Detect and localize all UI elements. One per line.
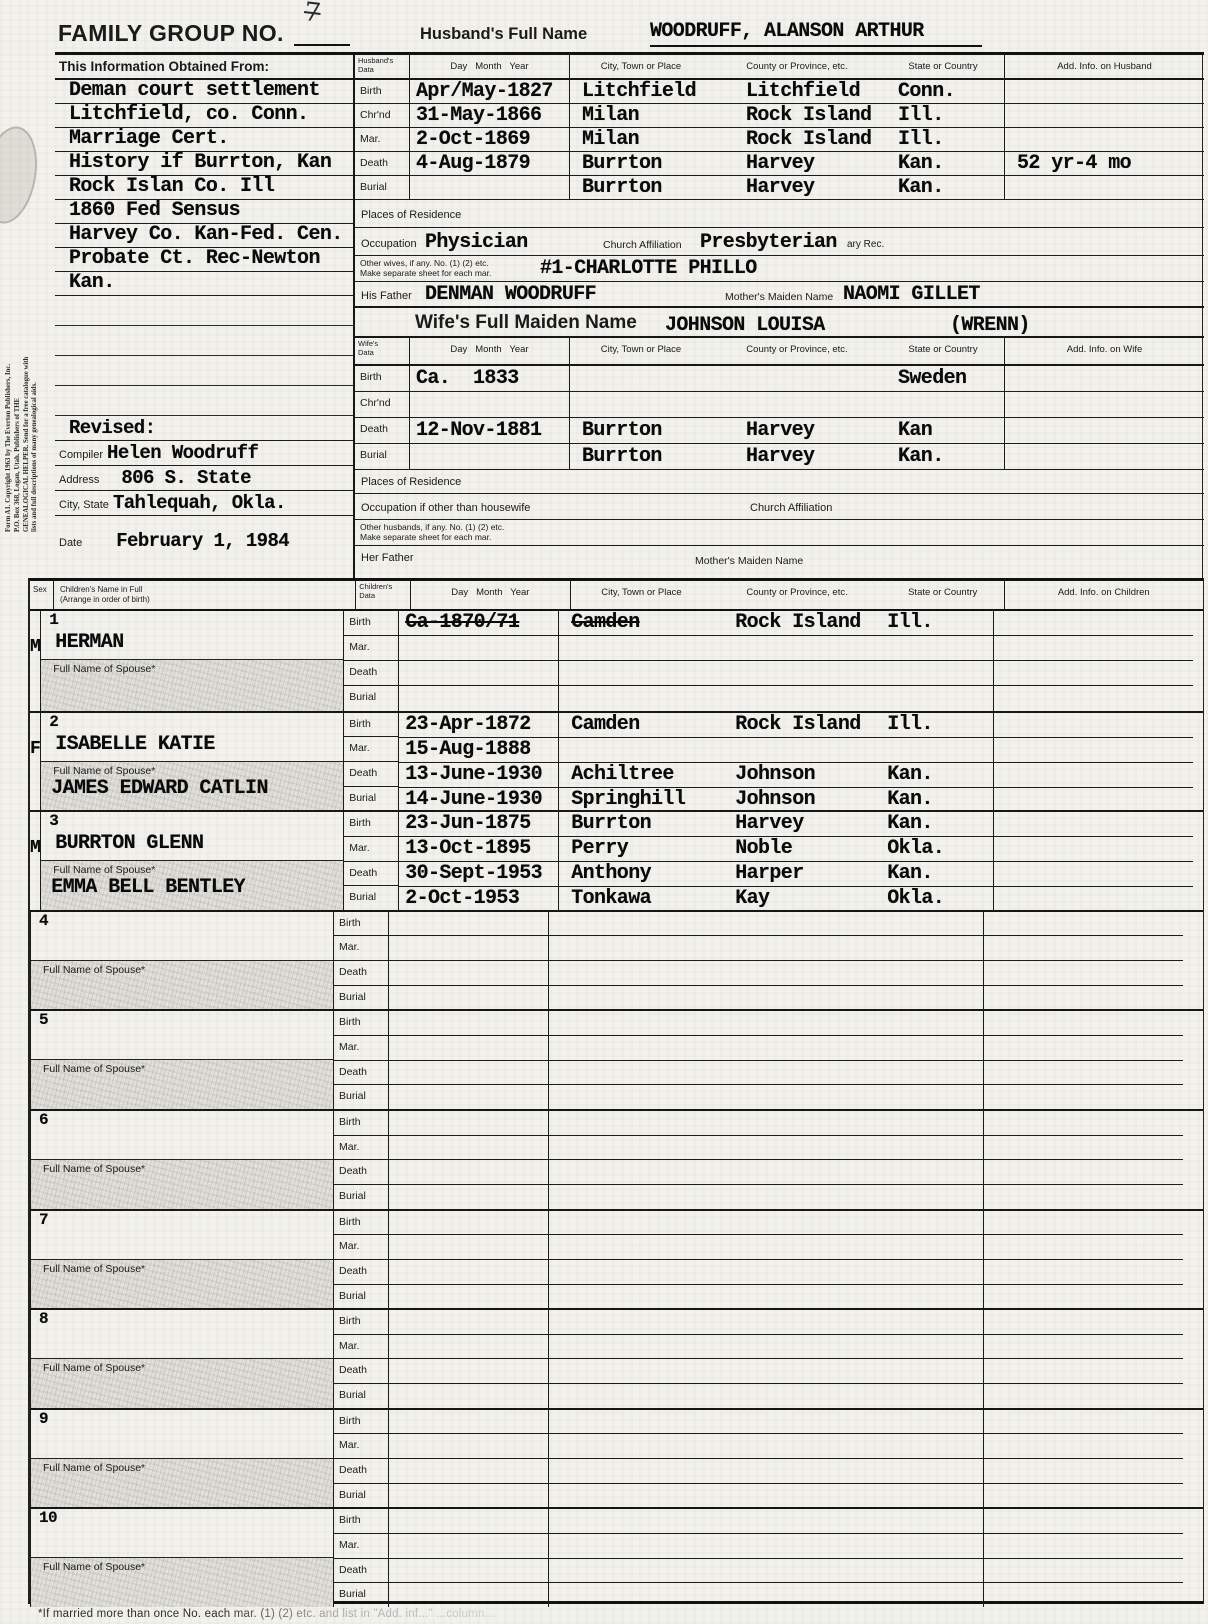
death-add-info [984,1061,1183,1085]
husband-burial-state: Kan. [882,176,1005,199]
burial-city [549,1285,691,1309]
birth-county [691,1310,861,1334]
burial-state [861,1185,984,1209]
husband-birth-row: Birth Apr/May-1827 Litchfield Litchfield… [355,80,1204,104]
child-name-cell: 6 Full Name of Spouse* [31,1111,334,1209]
county-column-header: County or Province, etc. [712,581,882,609]
marriage-date [389,1534,549,1558]
source-line: Deman court settlement [55,80,353,104]
death-county: Johnson [701,763,871,787]
child-burial-row [389,1285,1183,1309]
birth-state [861,1410,984,1434]
death-date [389,1459,549,1483]
death-city [549,1359,691,1383]
burial-state [861,1583,984,1607]
death-county [701,661,871,685]
spouse-label: Full Name of Spouse* [31,1160,333,1175]
marriage-add-info [994,636,1193,660]
wife-birth-state: Sweden [882,366,1005,391]
death-county [691,1260,861,1284]
birth-city [549,1011,691,1035]
child-data-labels: Birth Mar. Death Burial [334,1410,389,1508]
city-state-value: Tahlequah, Okla. [113,492,286,515]
child-record: 5 Full Name of Spouse* Birth Mar. Death … [30,1009,1203,1109]
marriage-date [389,1335,549,1359]
marriage-add-info [994,837,1193,861]
child-birth-row [389,1211,1183,1236]
city-column-header: City, Town or Place [570,55,712,78]
church-affiliation-label: Church Affiliation [603,239,682,251]
marriage-state [861,1136,984,1160]
row-label-death: Death [334,1061,388,1086]
burial-county: Johnson [701,788,871,812]
marriage-city [549,936,691,960]
death-state [861,1160,984,1184]
child-death-row [389,1359,1183,1384]
death-add-info [984,1160,1183,1184]
row-label-death: Death [334,1260,388,1285]
sex-column-header: Sex [30,581,54,609]
child-record: M 1 HERMAN Full Name of Spouse* Birth Ma… [30,611,1203,711]
child-number: 1 [49,611,58,629]
birth-add-info [984,1310,1183,1334]
burial-city: Springhill [559,788,701,812]
source-line: Litchfield, co. Conn. [55,104,353,128]
child-birth-row [389,1410,1183,1435]
child-birth-row [389,1310,1183,1335]
birth-city [549,1111,691,1135]
burial-city [549,1484,691,1508]
marriage-state [861,936,984,960]
row-label-marriage: Mar. [344,636,398,661]
death-date [389,1160,549,1184]
child-burial-row [399,686,1193,710]
child-data-labels: Birth Mar. Death Burial [344,713,399,811]
child-death-row [389,1559,1183,1584]
husband-full-name-label: Husband's Full Name [420,25,587,44]
marriage-add-info [984,1235,1183,1259]
child-spouse-cell: Full Name of Spouse* [31,1458,333,1508]
burial-county [701,686,871,710]
row-label-birth: Birth [334,912,388,937]
birth-county: Rock Island [701,611,871,635]
wife-burial-state: Kan. [882,444,1005,469]
wife-section: Wife's Full Maiden Name JOHNSON LOUISA (… [355,308,1204,578]
child-marriage-row [389,1534,1183,1559]
county-column-header: County or Province, etc. [712,338,882,364]
child-data-values: 23-Jun-1875 Burrton Harvey Kan. 13-Oct-1… [399,812,1193,910]
row-label-marriage: Mar. [334,1534,388,1559]
burial-state [871,686,994,710]
husband-data-column-label: Husband's Data [355,55,410,78]
child-number: 2 [49,713,58,731]
child-death-row [389,1459,1183,1484]
row-label-burial: Burial [344,686,398,710]
source-line: History if Burrton, Kan [55,152,353,176]
child-birth-row [389,1111,1183,1136]
burial-date [389,1484,549,1508]
marriage-date [399,636,559,660]
death-city [549,1160,691,1184]
row-label-birth: Birth [334,1410,388,1435]
death-county [691,1160,861,1184]
death-state [861,1061,984,1085]
child-burial-row: 14-June-1930 Springhill Johnson Kan. [399,788,1193,812]
marriage-date [389,936,549,960]
other-husbands-label-line1: Other husbands, if any. No. (1) (2) etc. [360,522,504,532]
death-county [691,961,861,985]
child-burial-row [389,986,1183,1010]
wife-birth-add [1005,366,1204,391]
form-publisher-sidenote: Form A1. Copyright 1963 by The Everton P… [5,280,40,532]
husband-residence-row: Places of Residence [355,200,1204,228]
husband-marriage-state: Ill. [882,128,1005,151]
birth-state: Kan. [871,812,994,836]
birth-add-info [984,1211,1183,1235]
child-name: BURRTON GLENN [55,832,203,855]
marriage-state [861,1534,984,1558]
death-state: Kan. [871,763,994,787]
row-label-death: Death [344,762,398,787]
marriage-city [549,1235,691,1259]
row-label-birth: Birth [334,1211,388,1236]
marriage-city [559,738,701,762]
burial-date [389,1384,549,1408]
compiler-label: Compiler [55,449,107,465]
birth-city [549,1410,691,1434]
mothers-maiden-name-label: Mother's Maiden Name [695,555,803,567]
children-section: Sex Children's Name in Full (Arrange in … [28,578,1204,1604]
burial-city [549,1085,691,1109]
death-county [691,1559,861,1583]
date-row: Date February 1, 1984 [55,516,353,553]
birth-city: Burrton [559,812,701,836]
state-column-header: State or Country [882,338,1005,364]
burial-add-info [994,686,1193,710]
child-data-labels: Birth Mar. Death Burial [334,1111,389,1209]
burial-date [389,986,549,1010]
wife-burial-county: Harvey [712,444,882,469]
burial-state [861,1384,984,1408]
row-label: Birth [355,80,410,103]
burial-date: 14-June-1930 [399,788,559,812]
wife-death-city: Burrton [570,418,712,443]
family-group-label: FAMILY GROUP NO. [58,20,284,47]
burial-county [691,1085,861,1109]
burial-add-info [984,986,1183,1010]
row-label-birth: Birth [334,1111,388,1136]
marriage-date [389,1036,549,1060]
child-record: M 3 BURRTON GLENN Full Name of Spouse* E… [30,810,1203,910]
marriage-city [549,1136,691,1160]
row-label-birth: Birth [344,812,398,837]
other-husbands-label-line2: Make separate sheet for each mar. [360,532,491,542]
child-name-cell: 3 BURRTON GLENN Full Name of Spouse* EMM… [41,812,344,910]
wife-name-suffix: (WRENN) [950,314,1030,337]
child-death-row [389,961,1183,986]
spouse-label: Full Name of Spouse* [31,1260,333,1275]
occupation-label: Occupation [361,238,417,250]
child-data-labels: Birth Mar. Death Burial [334,1310,389,1408]
death-city [549,1459,691,1483]
burial-state [861,1285,984,1309]
marriage-date [389,1136,549,1160]
child-marriage-row: 13-Oct-1895 Perry Noble Okla. [399,837,1193,862]
marriage-city [549,1036,691,1060]
child-death-row [389,1160,1183,1185]
source-line: Marriage Cert. [55,128,353,152]
husband-columns-header: Husband's Data Day Month Year City, Town… [355,55,1204,80]
burial-date [389,1583,549,1607]
husband-christened-city: Milan [570,104,712,127]
row-label-burial: Burial [334,986,388,1010]
row-label-birth: Birth [334,1509,388,1534]
child-spouse-cell: Full Name of Spouse* JAMES EDWARD CATLIN [41,761,343,811]
burial-city [559,686,701,710]
child-record: F 2 ISABELLE KATIE Full Name of Spouse* … [30,711,1203,811]
spouse-label: Full Name of Spouse* [31,961,333,976]
wife-burial-add [1005,444,1204,469]
marriage-county [691,1235,861,1259]
child-birth-row [389,1509,1183,1534]
wife-name-value: JOHNSON LOUISA [665,314,825,337]
family-group-record-sheet: Form A1. Copyright 1963 by The Everton P… [0,0,1208,1624]
birth-state [861,1509,984,1533]
child-name-cell: 8 Full Name of Spouse* [31,1310,334,1408]
marriage-state [861,1434,984,1458]
burial-date [389,1085,549,1109]
row-label: Burial [355,176,410,199]
source-line: Harvey Co. Kan-Fed. Cen. [55,224,353,248]
date-column-header: Day Month Year [410,338,570,364]
husband-death-row: Death 4-Aug-1879 Burrton Harvey Kan. 52 … [355,152,1204,176]
death-add-info [994,862,1193,886]
death-add-info [984,1459,1183,1483]
husband-birth-county: Litchfield [712,80,882,103]
burial-add-info [984,1285,1183,1309]
state-column-header: State or Country [882,581,1005,609]
row-label-burial: Burial [344,787,398,811]
row-label-birth: Birth [334,1011,388,1036]
form-footnote: *If married more than once No. each mar.… [38,1608,495,1620]
husband-burial-city: Burrton [570,176,712,199]
birth-add-info [984,1111,1183,1135]
marriage-city [549,1335,691,1359]
birth-add-info [994,713,1193,737]
row-label-death: Death [334,961,388,986]
row-label-marriage: Mar. [344,837,398,862]
row-label: Birth [355,366,410,391]
husband-birth-add [1005,80,1204,103]
row-label: Death [355,152,410,175]
child-death-row: 13-June-1930 Achiltree Johnson Kan. [399,763,1193,788]
husband-birth-state: Conn. [882,80,1005,103]
military-record-label-fragment: ary Rec. [847,239,884,250]
death-county [691,1359,861,1383]
birth-add-info [994,812,1193,836]
row-label-marriage: Mar. [334,1335,388,1360]
birth-add-info [984,1011,1183,1035]
row-label-birth: Birth [334,1310,388,1335]
death-city [549,1559,691,1583]
marriage-state [861,1235,984,1259]
husband-burial-date [410,176,570,199]
wife-death-date: 12-Nov-1881 [410,418,570,443]
death-state [861,1559,984,1583]
death-county [691,1061,861,1085]
child-marriage-row [389,1235,1183,1260]
birth-county [691,1011,861,1035]
wife-birth-date: Ca. 1833 [410,366,570,391]
child-name-cell: 7 Full Name of Spouse* [31,1211,334,1309]
death-add-info [984,1260,1183,1284]
church-affiliation-label: Church Affiliation [750,502,832,514]
wife-residence-row: Places of Residence [355,470,1204,494]
birth-add-info [984,912,1183,936]
burial-add-info [984,1085,1183,1109]
wife-christened-county [712,392,882,417]
burial-state [861,1085,984,1109]
husband-burial-county: Harvey [712,176,882,199]
marriage-date [389,1235,549,1259]
wife-full-maiden-name-label: Wife's Full Maiden Name [415,312,637,334]
birth-date: 23-Apr-1872 [399,713,559,737]
row-label-marriage: Mar. [334,1434,388,1459]
death-county: Harper [701,862,871,886]
wife-christened-row: Chr'nd [355,392,1204,418]
burial-add-info [984,1484,1183,1508]
wife-birth-city [570,366,712,391]
marriage-county [691,1036,861,1060]
child-burial-row [389,1484,1183,1508]
marriage-add-info [984,1136,1183,1160]
child-death-row [389,1061,1183,1086]
marriage-add-info [984,1434,1183,1458]
child-spouse-cell: Full Name of Spouse* [31,1557,333,1607]
husband-marriage-add [1005,128,1204,151]
husband-death-city: Burrton [570,152,712,175]
other-wives-value: #1-CHARLOTTE PHILLO [540,257,757,280]
blank-rule-line [55,386,353,416]
death-date [399,661,559,685]
marriage-county [691,1534,861,1558]
husband-death-county: Harvey [712,152,882,175]
child-marriage-row [389,936,1183,961]
row-label-burial: Burial [334,1583,388,1607]
row-label-death: Death [334,1559,388,1584]
husband-christened-row: Chr'nd 31-May-1866 Milan Rock Island Ill… [355,104,1204,128]
add-info-children-header: Add. Info. on Children [1005,581,1203,609]
death-date: 30-Sept-1953 [399,862,559,886]
wife-birth-row: Birth Ca. 1833 Sweden [355,366,1204,392]
burial-county [691,1484,861,1508]
child-number: 9 [39,1410,48,1428]
mothers-maiden-name-value: NAOMI GILLET [843,283,980,306]
marriage-date [389,1434,549,1458]
child-name-cell: 1 HERMAN Full Name of Spouse* [41,611,344,711]
child-spouse-cell: Full Name of Spouse* EMMA BELL BENTLEY [41,860,343,910]
child-data-values [389,1509,1183,1607]
row-label-marriage: Mar. [334,1036,388,1061]
death-city: Achiltree [559,763,701,787]
wife-burial-city: Burrton [570,444,712,469]
spouse-label: Full Name of Spouse* [31,1558,333,1573]
birth-state [861,1211,984,1235]
his-father-label: His Father [361,290,412,302]
revised-label: Revised: [55,417,155,440]
child-death-row [389,1260,1183,1285]
row-label-marriage: Mar. [334,936,388,961]
birth-city [549,912,691,936]
burial-add-info [994,887,1193,911]
burial-date: 2-Oct-1953 [399,887,559,911]
child-birth-row [389,912,1183,937]
child-name-cell: 2 ISABELLE KATIE Full Name of Spouse* JA… [41,713,344,811]
burial-county [691,1583,861,1607]
death-state [861,961,984,985]
child-number: 4 [39,912,48,930]
child-data-values: 23-Apr-1872 Camden Rock Island Ill. 15-A… [399,713,1193,811]
death-city [549,1260,691,1284]
wife-death-state: Kan [882,418,1005,443]
birth-date: 23-Jun-1875 [399,812,559,836]
places-of-residence-label: Places of Residence [361,476,461,488]
wife-title-row: Wife's Full Maiden Name JOHNSON LOUISA (… [355,308,1204,338]
burial-date [399,686,559,710]
death-add-info [984,1359,1183,1383]
occupation-value: Physician [425,231,528,254]
blank-rule-line [55,326,353,356]
row-label-marriage: Mar. [334,1235,388,1260]
birth-state: Ill. [871,713,994,737]
spouse-label: Full Name of Spouse* [41,762,343,777]
death-state [871,661,994,685]
birth-state [861,912,984,936]
marriage-city [549,1434,691,1458]
birth-county [691,912,861,936]
child-burial-row [389,1583,1183,1607]
child-name-cell: 9 Full Name of Spouse* [31,1410,334,1508]
child-name-cell: 10 Full Name of Spouse* [31,1509,334,1607]
spouse-label: Full Name of Spouse* [41,861,343,876]
add-info-wife-header: Add. Info. on Wife [1005,338,1204,364]
birth-add-info [984,1410,1183,1434]
death-date [389,961,549,985]
children-name-header: Children's Name in Full (Arrange in orde… [54,581,356,609]
her-father-label: Her Father [361,552,414,564]
child-record: 7 Full Name of Spouse* Birth Mar. Death … [30,1209,1203,1309]
child-spouse-name: EMMA BELL BENTLEY [41,876,343,899]
husband-death-date: 4-Aug-1879 [410,152,570,175]
marriage-city [549,1534,691,1558]
other-wives-label-line2: Make separate sheet for each mar. [360,268,491,278]
child-birth-row: 23-Jun-1875 Burrton Harvey Kan. [399,812,1193,837]
death-city [559,661,701,685]
husband-marriage-date: 2-Oct-1869 [410,128,570,151]
row-label: Chr'nd [355,104,410,127]
child-record: 6 Full Name of Spouse* Birth Mar. Death … [30,1109,1203,1209]
marriage-state [861,1036,984,1060]
compiler-row: Compiler Helen Woodruff [55,441,353,466]
husband-other-wives-row: Other wives, if any. No. (1) (2) etc. Ma… [355,256,1204,282]
husband-marriage-row: Mar. 2-Oct-1869 Milan Rock Island Ill. [355,128,1204,152]
birth-county [691,1211,861,1235]
child-spouse-cell: Full Name of Spouse* [31,960,333,1010]
child-marriage-row [389,1036,1183,1061]
burial-add-info [994,788,1193,812]
city-state-row: City, State Tahlequah, Okla. [55,491,353,516]
birth-date [389,1310,549,1334]
